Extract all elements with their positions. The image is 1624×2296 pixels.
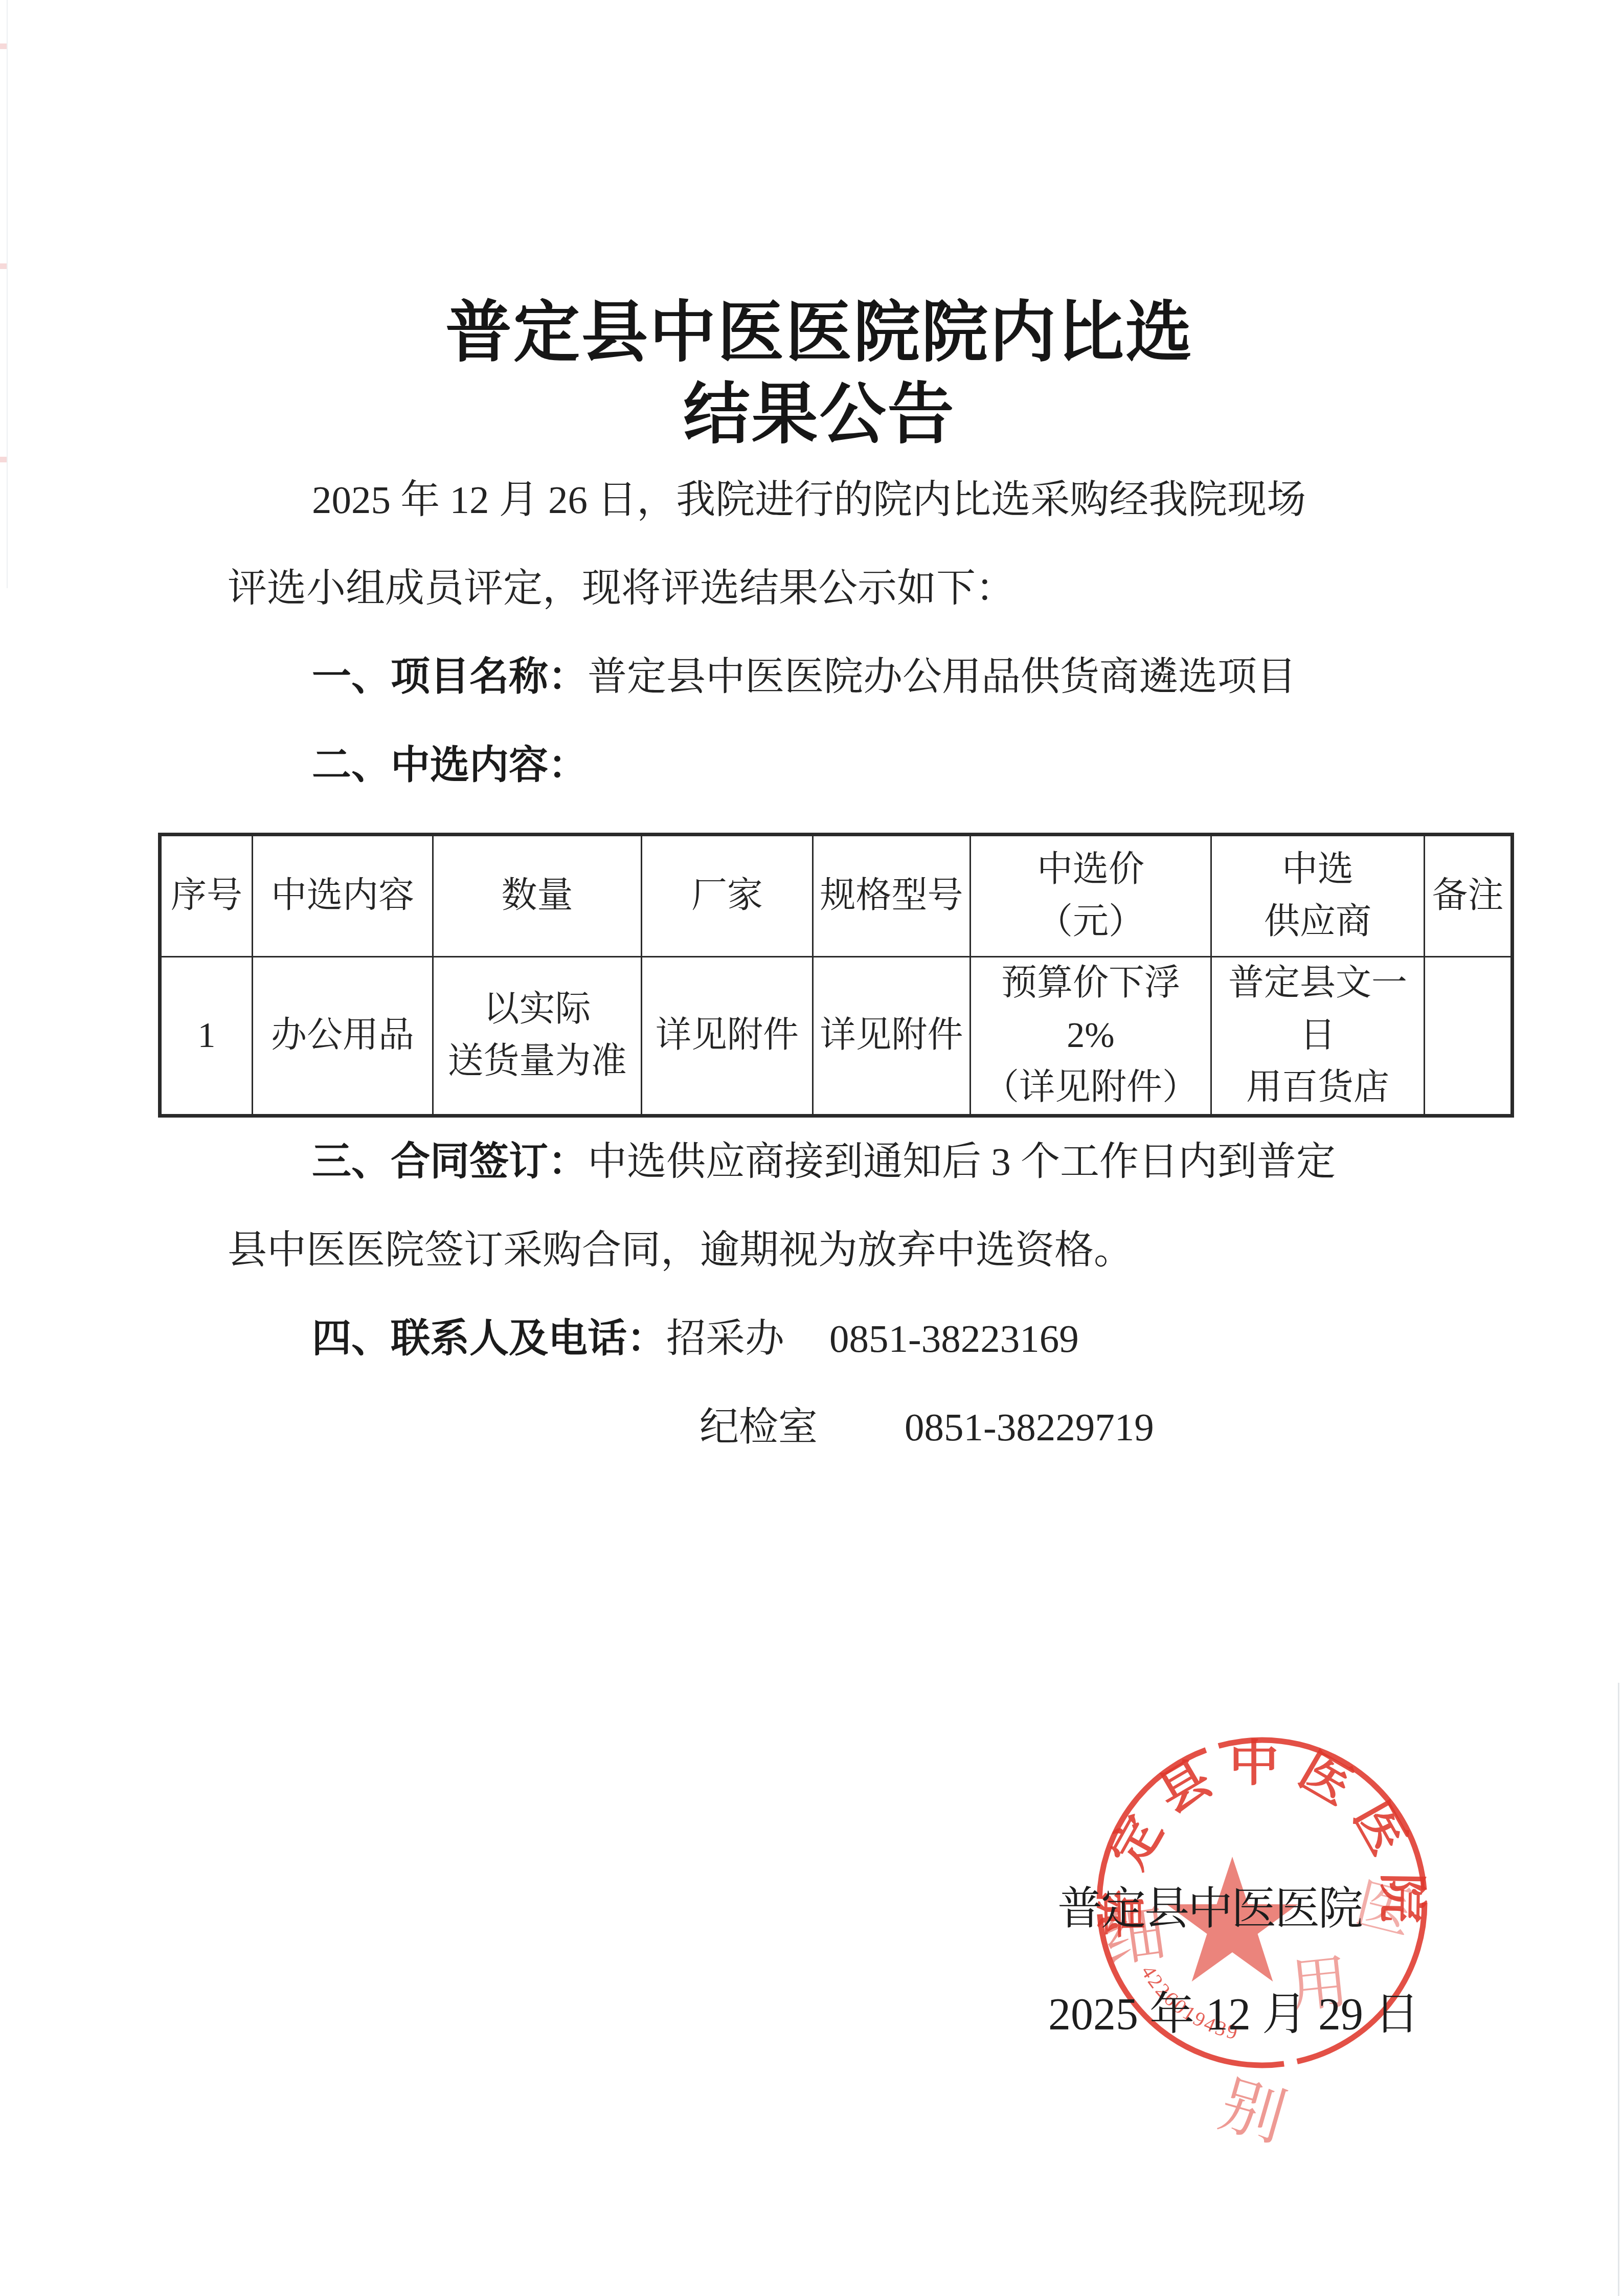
- table-cell: [1425, 957, 1513, 1116]
- table-header-cell: 规格型号: [813, 835, 971, 957]
- table-cell: 普定县文一日 用百货店: [1211, 957, 1425, 1116]
- signature-date: 2025 年 12 月 29 日: [1048, 1962, 1419, 2067]
- scanned-announcement-page: 普定县中医医院院内比选 结果公告 2025 年 12 月 26 日，我院进行的院…: [0, 0, 1624, 2296]
- contact-2-dept: 纪检室: [700, 1405, 818, 1449]
- section-4-contacts-line-1: 四、联系人及电话：招采办0851-38223169: [228, 1295, 1411, 1383]
- section-3-label: 三、合同签订：: [312, 1140, 588, 1184]
- document-body: 普定县中医医院院内比选 结果公告 2025 年 12 月 26 日，我院进行的院…: [228, 0, 1411, 1472]
- result-table: 序号中选内容数量厂家规格型号中选价 （元）中选 供应商备注 1办公用品以实际 送…: [158, 833, 1514, 1118]
- section-1-label: 一、项目名称：: [312, 655, 588, 699]
- contact-2-phone: 0851-38229719: [905, 1405, 1154, 1449]
- table-row: 1办公用品以实际 送货量为准详见附件详见附件预算价下浮 2% （详见附件）普定县…: [160, 957, 1513, 1116]
- section-4-contacts-line-2: 纪检室0851-38229719: [228, 1383, 1411, 1472]
- seal-ghost-char: 别: [1212, 2069, 1293, 2155]
- section-3-line-2: 县中医医院签订采购合同，逾期视为放弃中选资格。: [228, 1206, 1411, 1295]
- table-header-cell: 中选价 （元）: [971, 835, 1211, 957]
- section-2-heading: 二、中选内容：: [228, 721, 1411, 810]
- table-cell: 办公用品: [253, 957, 433, 1116]
- table-header-cell: 序号: [160, 835, 253, 957]
- scan-edge-artifact: [7, 0, 8, 588]
- table-cell: 以实际 送货量为准: [433, 957, 642, 1116]
- table-cell: 详见附件: [813, 957, 971, 1116]
- signature-org: 普定县中医医院: [1057, 1857, 1419, 1962]
- table-cell: 详见附件: [642, 957, 813, 1116]
- section-1-text: 普定县中医医院办公用品供货商遴选项目: [588, 655, 1296, 699]
- section-4-label: 四、联系人及电话：: [312, 1317, 666, 1361]
- table-header-cell: 数量: [433, 835, 642, 957]
- table-body: 1办公用品以实际 送货量为准详见附件详见附件预算价下浮 2% （详见附件）普定县…: [160, 957, 1513, 1116]
- section-3-text: 中选供应商接到通知后 3 个工作日内到普定: [588, 1140, 1336, 1184]
- title-line-2: 结果公告: [228, 374, 1411, 456]
- section-1-project-name: 一、项目名称：普定县中医医院办公用品供货商遴选项目: [228, 633, 1411, 721]
- intro-line-2: 评选小组成员评定，现将评选结果公示如下：: [228, 544, 1411, 633]
- scan-edge-artifact: [1618, 1683, 1619, 2296]
- table-cell: 1: [160, 957, 253, 1116]
- section-3-line-1: 三、合同签订：中选供应商接到通知后 3 个工作日内到普定: [228, 1118, 1411, 1206]
- contact-1-phone: 0851-38223169: [829, 1317, 1079, 1361]
- contact-1-dept: 招采办: [666, 1317, 784, 1361]
- table-cell: 预算价下浮 2% （详见附件）: [971, 957, 1211, 1116]
- intro-line-1: 2025 年 12 月 26 日，我院进行的院内比选采购经我院现场: [228, 456, 1411, 544]
- table-header-row: 序号中选内容数量厂家规格型号中选价 （元）中选 供应商备注: [160, 835, 1513, 957]
- signature-block: 普定县中医医院 2025 年 12 月 29 日: [1048, 1857, 1419, 2067]
- title-line-1: 普定县中医医院院内比选: [228, 292, 1411, 374]
- table-header-cell: 备注: [1425, 835, 1513, 957]
- section-2-label: 二、中选内容：: [312, 743, 588, 787]
- table-header-cell: 中选 供应商: [1211, 835, 1425, 957]
- table-header-cell: 厂家: [642, 835, 813, 957]
- table-header-cell: 中选内容: [253, 835, 433, 957]
- document-title: 普定县中医医院院内比选 结果公告: [228, 0, 1411, 456]
